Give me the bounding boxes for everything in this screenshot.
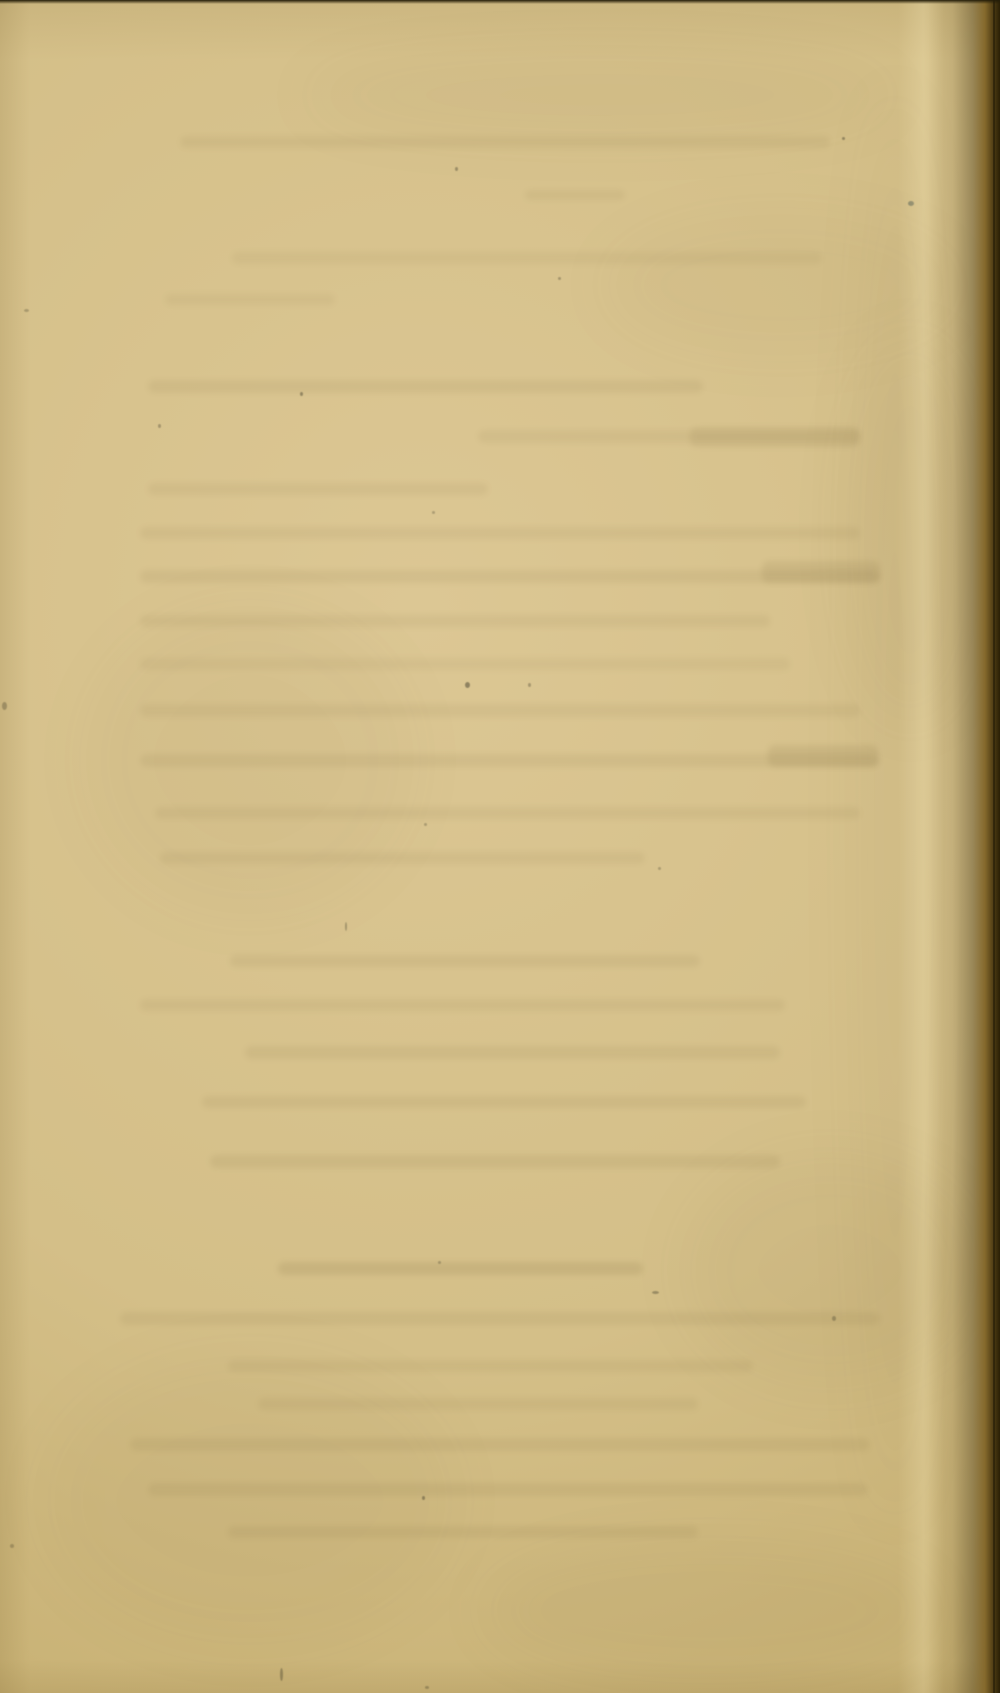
top-shading xyxy=(0,0,1000,60)
ink-speck xyxy=(422,1496,425,1500)
bottom-shading xyxy=(0,1659,1000,1693)
ink-speck xyxy=(842,137,845,140)
ink-speck xyxy=(300,392,303,396)
left-shading xyxy=(0,0,30,1693)
ink-speck xyxy=(438,1261,441,1264)
page-stack-edge-line xyxy=(993,0,995,1693)
ink-speck xyxy=(455,167,458,171)
ink-speck xyxy=(424,823,427,826)
ink-speck-layer xyxy=(0,0,1000,1693)
ink-speck xyxy=(345,922,347,931)
scan-top-edge xyxy=(0,0,1000,4)
ink-speck xyxy=(558,277,561,280)
ink-speck xyxy=(465,682,470,688)
ink-speck xyxy=(158,424,161,428)
book-edge-shadow xyxy=(928,0,1000,1693)
ink-speck xyxy=(652,1291,659,1294)
ink-speck xyxy=(658,867,661,870)
ink-speck xyxy=(432,511,435,514)
ink-speck xyxy=(832,1316,836,1321)
ink-speck xyxy=(528,683,531,687)
scanned-book-page xyxy=(0,0,1000,1693)
